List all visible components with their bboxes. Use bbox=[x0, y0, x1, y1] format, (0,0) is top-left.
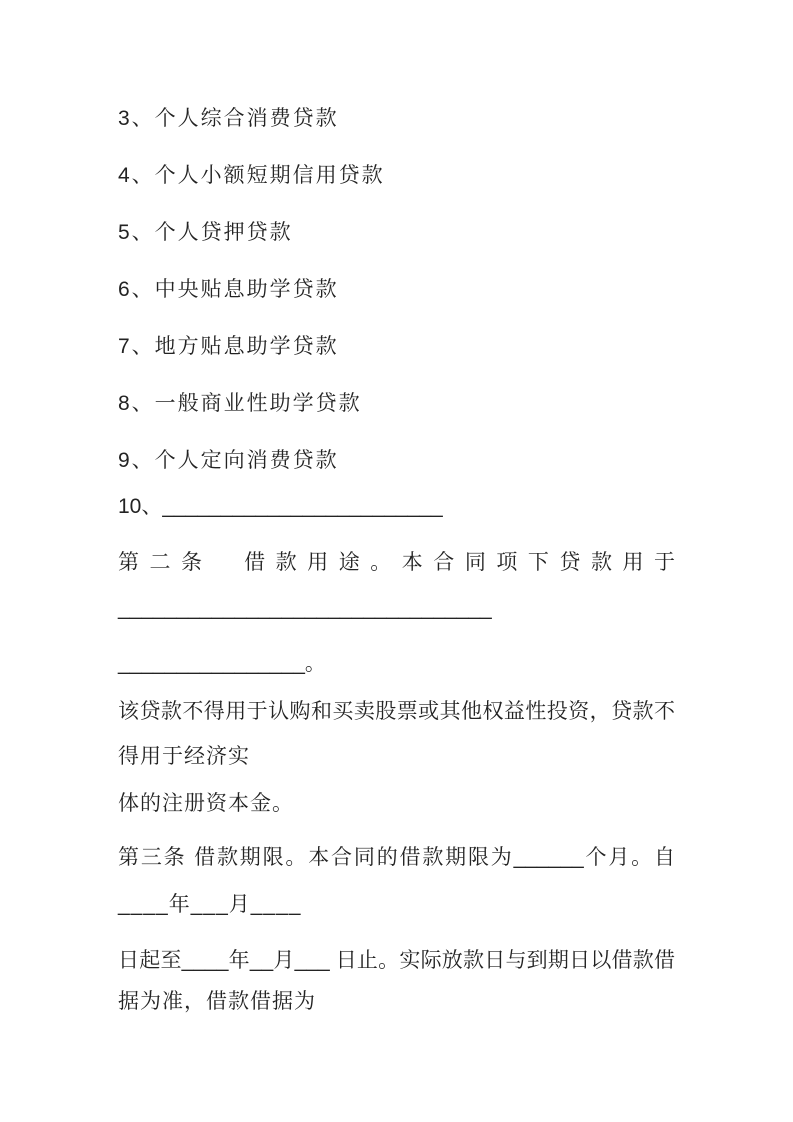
loan-type-item-6: 6、中央贴息助学贷款 bbox=[118, 277, 675, 302]
article-3-term-line-1: 第三条 借款期限。本合同的借款期限为______个月。自 bbox=[118, 845, 675, 870]
article-2-heading: 第二条 借款用途。本合同项下贷款用于 bbox=[118, 550, 675, 575]
loan-type-item-10-blank: 10、________________________ bbox=[118, 494, 675, 519]
loan-type-item-8: 8、一般商业性助学贷款 bbox=[118, 391, 675, 416]
loan-type-item-5: 5、个人贷押贷款 bbox=[118, 220, 675, 245]
article-2-restriction-line-2: 得用于经济实 bbox=[118, 744, 675, 769]
document-page: 3、个人综合消费贷款 4、个人小额短期信用贷款 5、个人贷押贷款 6、中央贴息助… bbox=[0, 0, 793, 1122]
article-3-term-line-4: 据为准，借款借据为 bbox=[118, 989, 675, 1014]
loan-type-item-9: 9、个人定向消费贷款 bbox=[118, 448, 675, 473]
article-2-restriction-line-1: 该贷款不得用于认购和买卖股票或其他权益性投资，贷款不 bbox=[118, 699, 675, 724]
article-2-blank-line-2: ________________。 bbox=[118, 651, 675, 676]
article-2-blank-line-1: ________________________________ bbox=[118, 596, 675, 621]
loan-type-item-4: 4、个人小额短期信用贷款 bbox=[118, 163, 675, 188]
article-3-term-line-3: 日起至____年__月___ 日止。实际放款日与到期日以借款借 bbox=[118, 948, 675, 973]
loan-type-item-3: 3、个人综合消费贷款 bbox=[118, 106, 675, 131]
loan-type-item-7: 7、地方贴息助学贷款 bbox=[118, 334, 675, 359]
article-3-term-line-2: ____年___月____ bbox=[118, 892, 675, 917]
article-2-restriction-line-3: 体的注册资本金。 bbox=[118, 791, 675, 816]
